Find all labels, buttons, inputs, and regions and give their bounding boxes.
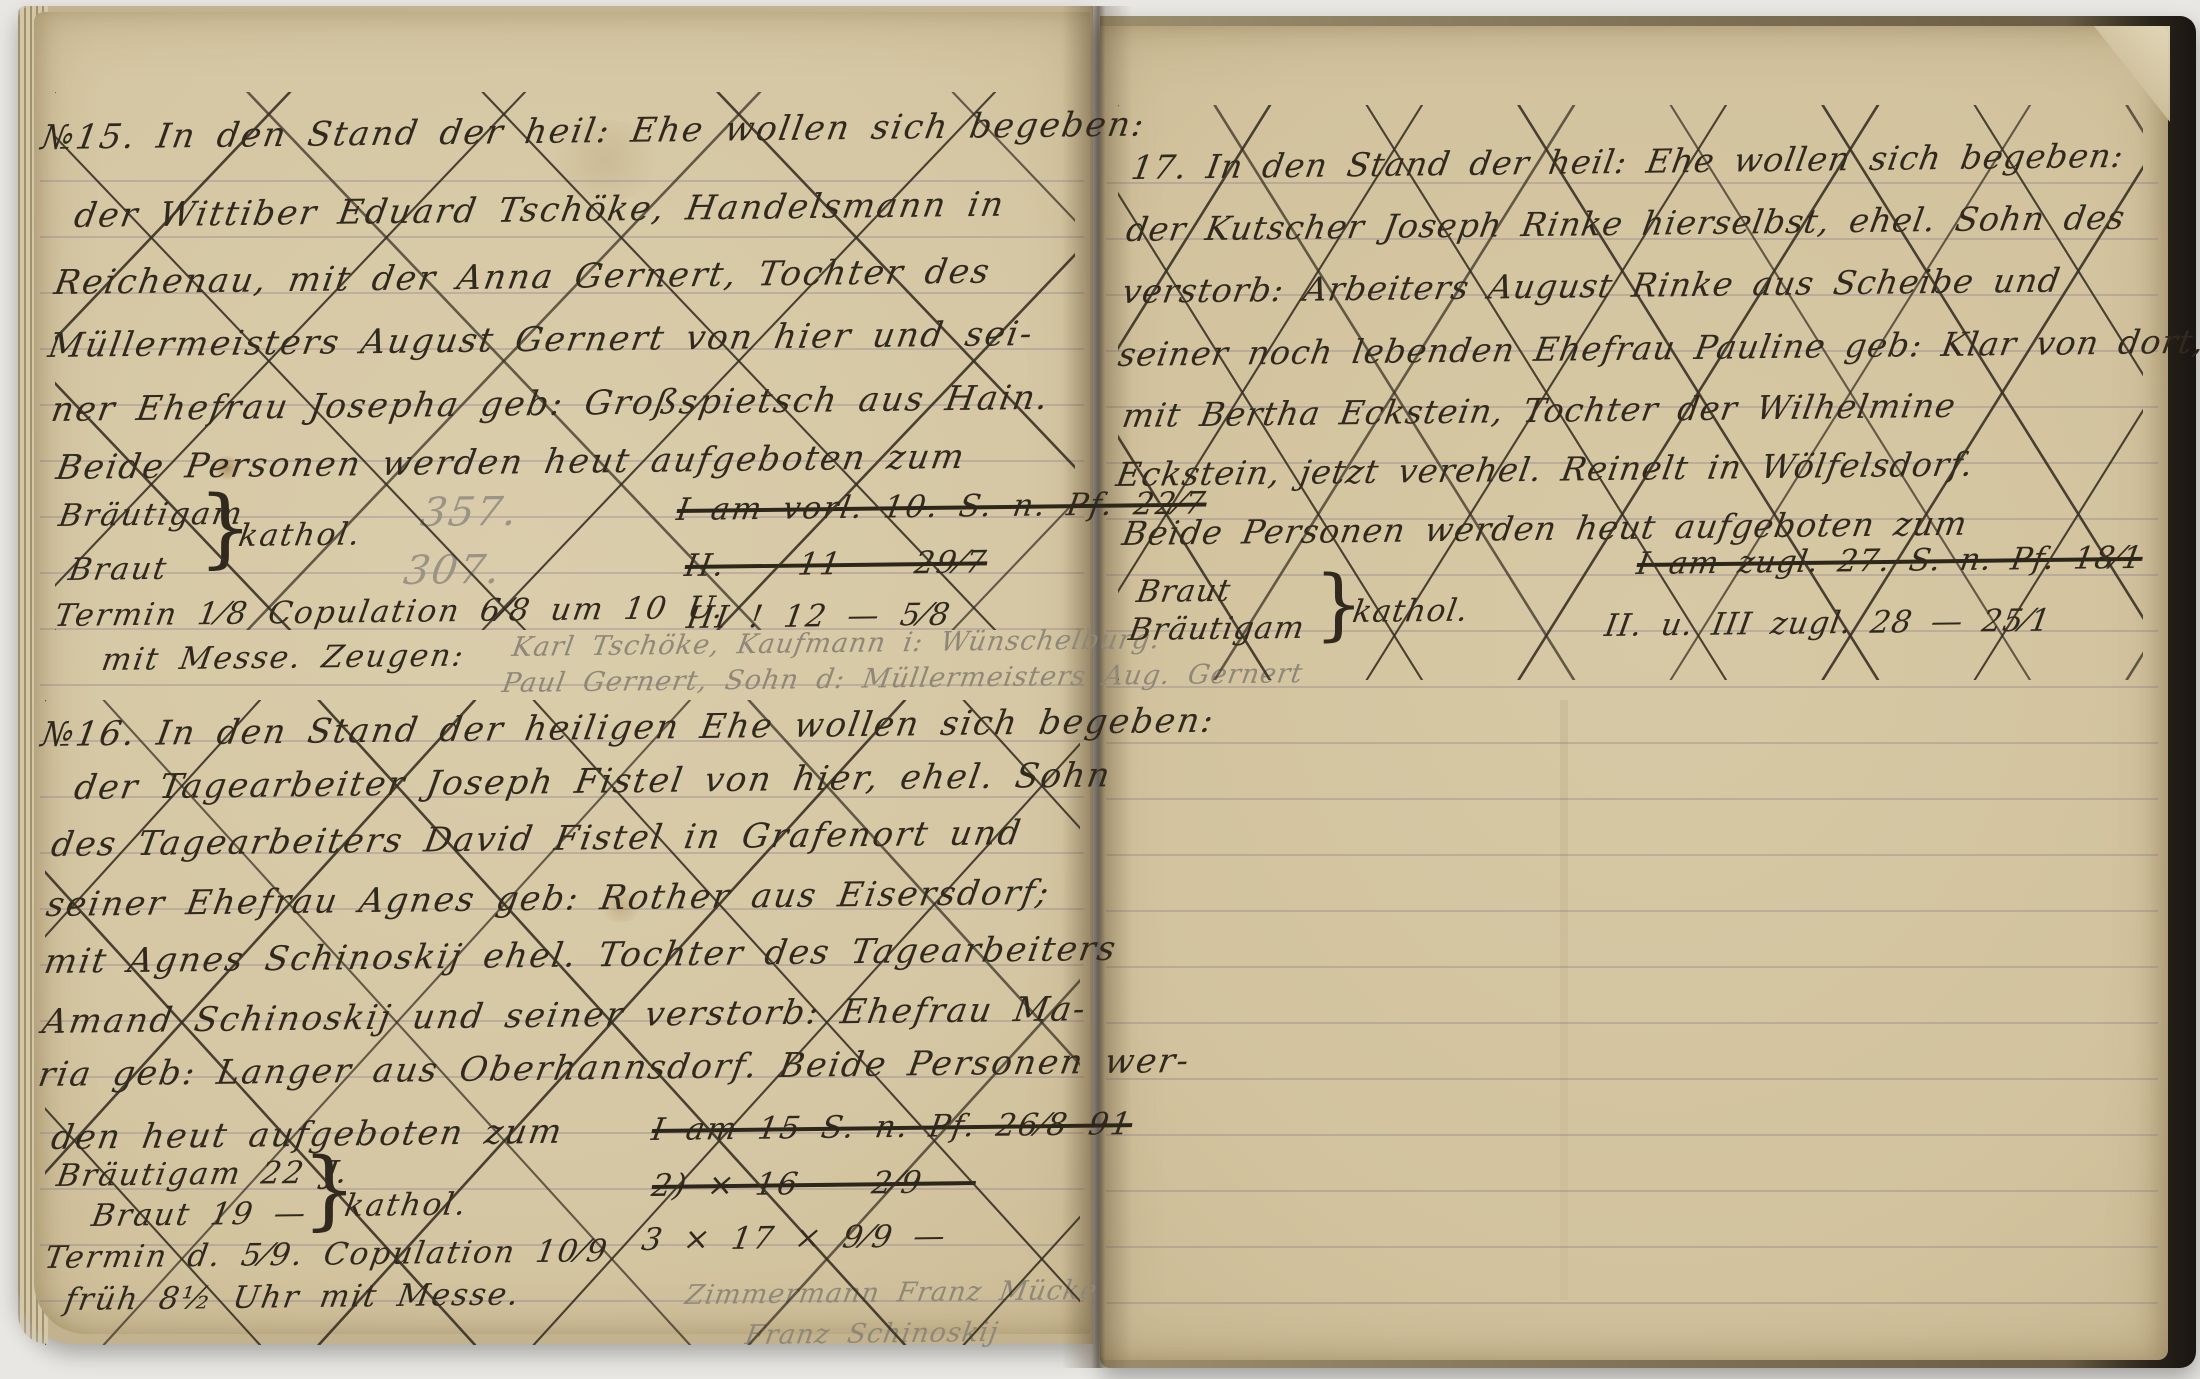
entry-15-banns-2: II. — 11 — 29⁄7 — [682, 544, 990, 584]
ruled-lines-right — [1106, 128, 2158, 1340]
entry-16-religion: kathol. — [342, 1187, 470, 1224]
entry-16-banns-1: I am 15 S. n. Pf. 26⁄8 91 — [649, 1106, 1135, 1148]
entry-15-messe-line: mit Messe. Zeugen: — [99, 638, 468, 678]
entry-17-banns-2: II. u. III zugl. 28 — 25⁄1 — [1602, 603, 2054, 644]
entry-16-banns-3: 3 × 17 × 9⁄9 — — [639, 1218, 950, 1258]
entry-15-registry-number-groom: 357. — [417, 489, 522, 536]
paper-crease — [1560, 700, 1568, 1300]
entry-15-religion: kathol. — [236, 517, 364, 554]
entry-17-religion: kathol. — [1350, 593, 1471, 630]
entry-17-groom-label: Bräutigam — [1126, 610, 1307, 648]
entry-16-banns-2: 2) × 16 — 2⁄9 — — [649, 1164, 979, 1204]
entry-15-bride-label: Braut — [66, 551, 171, 588]
register-book-spread: №15. In den Stand der heil: Ehe wollen s… — [0, 0, 2200, 1379]
entry-16-bride-line: Braut 19 — — [89, 1195, 310, 1234]
entry-17-banns-1: I am zugl. 27. S. n. Pf. 18⁄1 — [1634, 540, 2146, 582]
entry-15-registry-number-bride: 307. — [400, 547, 505, 594]
entry-17-bride-label: Braut — [1134, 573, 1234, 610]
entry-16-time-line: früh 8½ Uhr mit Messe. — [62, 1276, 523, 1318]
entry-16-witness-1: Zimmermann Franz Mücke — [683, 1275, 1100, 1311]
entry-16-witness-2: Franz Schinoskij — [743, 1317, 1001, 1351]
entry-16-termin-line: Termin d. 5⁄9. Copulation 10⁄9 — [42, 1233, 611, 1276]
